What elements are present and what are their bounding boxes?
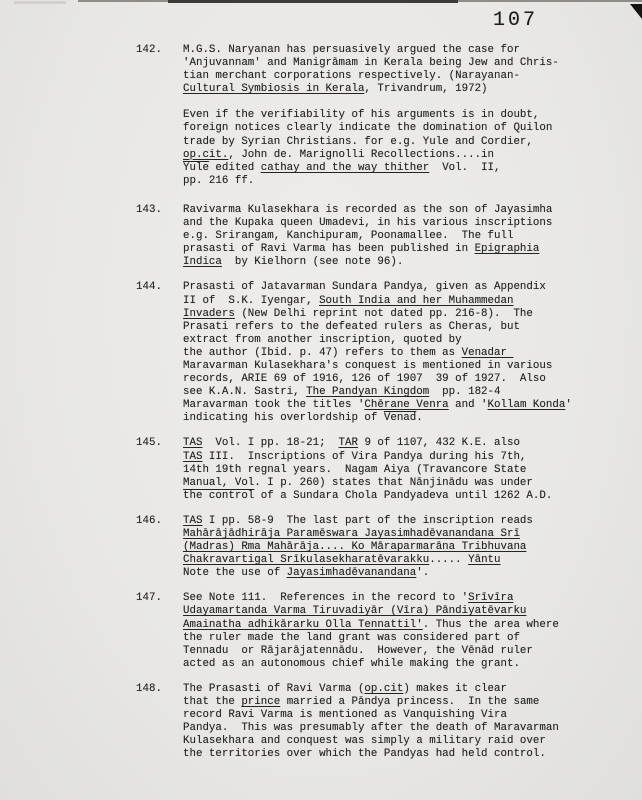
text-segment: 9 of 1107, 432 K.E. also [358,437,520,449]
text-segment: and ' [449,399,488,411]
underlined-text: Kollam Konda [488,399,566,411]
text-line: The Prasasti of Ravi Varma (op.cit) make… [183,683,613,696]
note-item: 144.Prasasti of Jatavarman Sundara Pandy… [136,281,613,425]
underlined-text: South India and her Muhammedan [319,295,513,307]
text-segment: III. Inscriptions of Vira Pandya during … [202,451,526,463]
underlined-text: Amainatha adhikārarku Olla Tennattil' [183,619,423,631]
text-segment: of a Sundara Chola Pandyadeva until 1262… [254,490,552,502]
text-segment: Prasati refers to the defeated rulers as… [183,321,520,333]
text-segment: by Kielhorn (see note 96). [222,256,403,268]
text-segment: Vol. II, [429,162,500,174]
text-line: Note the use of Jayasimhadēvanandana'. [183,567,613,580]
text-segment: . Thus the area where [423,619,559,631]
text-line: TAS I pp. 58-9 The last part of the insc… [183,515,613,528]
underlined-text: The Pandyan Kingdom [306,386,429,398]
note-paragraph: M.G.S. Naryanan has persuasively argued … [183,44,613,96]
text-line: e.g. Srirangam, Kanchipuram, Poonamallee… [183,230,613,243]
text-line: Even if the verifiability of his argumen… [183,109,613,122]
text-line: (Madras) Rma Mahārāja.... Ko Māraparmarā… [183,541,613,554]
scan-smudge-artifact [14,1,66,4]
note-body: TAS Vol. I pp. 18-21; TAR 9 of 1107, 432… [183,437,613,502]
notes-list: 142.M.G.S. Naryanan has persuasively arg… [136,44,613,774]
note-number: 147. [136,592,183,671]
text-segment: , Trivandrum, 1972) [364,83,487,95]
text-segment: record Ravi Varma is mentioned as Vanqui… [183,709,507,721]
underlined-text: Mahārājādhirāja Paramēswara Jayasimhadēv… [183,528,520,540]
text-segment: e.g. Srirangam, Kanchipuram, Poonamallee… [183,230,513,242]
note-body: See Note 111. References in the record t… [183,592,613,671]
note-item: 146.TAS I pp. 58-9 The last part of the … [136,515,613,580]
text-line: acted as an autonomous chief while makin… [183,658,613,671]
note-body: Prasasti of Jatavarman Sundara Pandya, g… [183,281,613,425]
underlined-text: Yāntu [468,554,500,566]
underlined-text: TAS [183,451,202,463]
text-segment: records, ARIE 69 of 1916, 126 of 1907 39… [183,373,546,385]
underlined-text: Jayasimhadēvanandana [287,567,417,579]
note-number: 142. [136,44,183,188]
note-item: 148.The Prasasti of Ravi Varma (op.cit) … [136,683,613,762]
text-line: TAS Vol. I pp. 18-21; TAR 9 of 1107, 432… [183,437,613,450]
note-number: 145. [136,437,183,502]
text-line: Pandya. This was presumably after the de… [183,722,613,735]
text-line: the ruler made the land grant was consid… [183,632,613,645]
text-segment: Note the use of [183,567,287,579]
text-line: Manual, Vol. I p. 260) states that Nānji… [183,477,613,490]
note-number: 143. [136,204,183,269]
note-number: 144. [136,281,183,425]
text-line: the control of a Sundara Chola Pandyadev… [183,490,613,503]
underlined-text: Cultural Symbiosis in Kerala [183,83,364,95]
text-line: Kulasekhara and conquest was simply a mi… [183,735,613,748]
text-line: Ravivarma Kulasekhara is recorded as the… [183,204,613,217]
underlined-text: cathay and the way thither [261,162,429,174]
text-line: and the Kupaka queen Umadevi, in his var… [183,217,613,230]
text-segment: tian merchant corporations respectively.… [183,70,520,82]
note-paragraph: TAS Vol. I pp. 18-21; TAR 9 of 1107, 432… [183,437,613,502]
text-segment: acted as an autonomous chief while makin… [183,658,520,670]
text-segment: Tennadu or Rājarājatennādu. However, the… [183,645,533,657]
text-segment: the territories over which the Pandyas h… [183,748,546,760]
text-segment: indicating his overlordship of [183,412,384,424]
text-line: the author (Ibid. p. 47) refers to them … [183,347,613,360]
text-line: TAS III. Inscriptions of Vira Pandya dur… [183,451,613,464]
text-line: Maravarman took the titles 'Chērane Venr… [183,399,613,412]
text-line: the territories over which the Pandyas h… [183,748,613,761]
underlined-text: TAS [183,437,202,449]
text-line: trade by Syrian Christians. for e.g. Yul… [183,136,613,149]
text-segment: edited [209,162,261,174]
text-segment: ' [565,399,571,411]
text-line: 14th 19th regnal years. Nagam Aiya (Trav… [183,464,613,477]
overlined-text: Yule [183,162,209,174]
underlined-text: TAS [183,515,202,527]
note-paragraph: Prasasti of Jatavarman Sundara Pandya, g… [183,281,613,425]
text-segment: the ruler made the land grant was consid… [183,632,520,644]
underlined-text: Udayamartanda Varma Tiruvadiyār (Vīra) P… [183,605,526,617]
note-body: M.G.S. Naryanan has persuasively argued … [183,44,613,188]
text-segment: Maravarman Kulasekhara's conquest is men… [183,360,552,372]
text-segment: married a Pāndya princess. In the same [280,696,539,708]
text-line: Amainatha adhikārarku Olla Tennattil'. T… [183,619,613,632]
text-line: records, ARIE 69 of 1916, 126 of 1907 39… [183,373,613,386]
underlined-text: Epigraphia [475,243,540,255]
text-segment: pp. 216 ff. [183,175,254,187]
underlined-text: Invaders [183,308,235,320]
text-segment: . [416,412,422,424]
note-item: 147.See Note 111. References in the reco… [136,592,613,671]
text-segment: '. [416,567,429,579]
text-segment: I pp. 58-9 The last part of the inscript… [202,515,532,527]
overlined-text: Venad [384,412,416,424]
text-line: Maravarman Kulasekhara's conquest is men… [183,360,613,373]
underlined-text: prince [241,696,280,708]
text-segment: The Prasasti of Ravi Varma ( [183,683,364,695]
text-line: Yule edited cathay and the way thither V… [183,162,613,175]
text-segment: (New Delhi reprint not dated pp. 216-8).… [235,308,533,320]
text-line: prasasti of Ravi Varma has been publishe… [183,243,613,256]
text-segment: 14th 19th regnal years. Nagam Aiya (Trav… [183,464,526,476]
text-segment: that the [183,696,241,708]
text-segment: ..... [429,554,468,566]
note-paragraph: The Prasasti of Ravi Varma (op.cit) make… [183,683,613,762]
text-segment: See Note 111. References in the record t… [183,592,468,604]
underlined-text: op.cit [364,683,403,695]
page-number: 107 [493,9,538,32]
note-item: 142.M.G.S. Naryanan has persuasively arg… [136,44,613,188]
text-line: Cultural Symbiosis in Kerala, Trivandrum… [183,83,613,96]
text-line: Mahārājādhirāja Paramēswara Jayasimhadēv… [183,528,613,541]
text-segment: ) makes it clear [403,683,507,695]
text-line: see K.A.N. Sastri, The Pandyan Kingdom p… [183,386,613,399]
overlined-text: the control [183,490,254,502]
note-number: 148. [136,683,183,762]
text-segment: Kulasekhara and conquest was simply a mi… [183,735,546,747]
text-line: Tennadu or Rājarājatennādu. However, the… [183,645,613,658]
note-body: Ravivarma Kulasekhara is recorded as the… [183,204,613,269]
note-number: 146. [136,515,183,580]
text-line: Invaders (New Delhi reprint not dated pp… [183,308,613,321]
text-segment: the author (Ibid. p. 47) refers to them … [183,347,462,359]
underlined-text: Indica [183,256,222,268]
text-segment: pp. 182-4 [429,386,500,398]
text-line: that the prince married a Pāndya princes… [183,696,613,709]
text-line: tian merchant corporations respectively.… [183,70,613,83]
scan-edge-artifact-dark [168,0,458,3]
text-line: record Ravi Varma is mentioned as Vanqui… [183,709,613,722]
text-segment: Ravivarma Kulasekhara is recorded as the… [183,204,552,216]
text-line: Prasasti of Jatavarman Sundara Pandya, g… [183,281,613,294]
text-segment: and the Kupaka queen Umadevi, in his var… [183,217,552,229]
text-segment: trade by Syrian Christians. for e.g. Yul… [183,136,533,148]
note-paragraph: Even if the verifiability of his argumen… [183,109,613,188]
note-paragraph: Ravivarma Kulasekhara is recorded as the… [183,204,613,269]
underlined-text: op.cit. [183,149,228,161]
text-segment: extract from another inscription, quoted… [183,334,462,346]
text-segment: see K.A.N. Sastri, [183,386,306,398]
text-segment: Even if the verifiability of his argumen… [183,109,539,121]
text-segment: 'Anjuvannam' and Manigrāmam in Kerala be… [183,57,559,69]
text-segment: Vol. I pp. 18-21; [202,437,338,449]
text-segment: , John de. Marignolli Recollections....i… [228,149,494,161]
text-segment: M.G.S. Naryanan has persuasively argued … [183,44,520,56]
underlined-text: Srīvīra [468,592,513,604]
note-body: The Prasasti of Ravi Varma (op.cit) make… [183,683,613,762]
text-segment: Prasasti of Jatavarman Sundara Pandya, g… [183,281,546,293]
text-line: indicating his overlordship of Venad. [183,412,613,425]
underlined-text: (Madras) Rma Mahārāja.... Ko Māraparmarā… [183,541,526,553]
underlined-text: Chakravartigal Srīkulasekharatēvarakku [183,554,429,566]
text-line: Chakravartigal Srīkulasekharatēvarakku..… [183,554,613,567]
note-body: TAS I pp. 58-9 The last part of the insc… [183,515,613,580]
note-item: 143.Ravivarma Kulasekhara is recorded as… [136,204,613,269]
text-segment: prasasti of Ravi Varma has been publishe… [183,243,475,255]
text-line: foreign notices clearly indicate the dom… [183,122,613,135]
text-segment: Manual, Vol. I p. 260) states that Nānji… [183,477,533,489]
text-line: 'Anjuvannam' and Manigrāmam in Kerala be… [183,57,613,70]
note-paragraph: TAS I pp. 58-9 The last part of the insc… [183,515,613,580]
note-paragraph: See Note 111. References in the record t… [183,592,613,671]
underlined-text: Chērane Venra [364,399,448,411]
text-line: Udayamartanda Varma Tiruvadiyār (Vīra) P… [183,605,613,618]
text-segment: II of S.K. Iyengar, [183,295,319,307]
text-line: Prasati refers to the defeated rulers as… [183,321,613,334]
underlined-text: Venadar [462,347,514,359]
text-line: M.G.S. Naryanan has persuasively argued … [183,44,613,57]
text-segment: Maravarman took the titles ' [183,399,364,411]
scanned-page: { "page": { "number": "107" }, "notes": … [0,0,642,800]
text-line: op.cit., John de. Marignolli Recollectio… [183,149,613,162]
text-line: Indica by Kielhorn (see note 96). [183,256,613,269]
note-item: 145.TAS Vol. I pp. 18-21; TAR 9 of 1107,… [136,437,613,502]
text-line: pp. 216 ff. [183,175,613,188]
page-corner-mark [630,4,642,19]
underlined-text: TAR [339,437,358,449]
text-segment: Pandya. This was presumably after the de… [183,722,559,734]
text-line: extract from another inscription, quoted… [183,334,613,347]
text-segment: foreign notices clearly indicate the dom… [183,122,552,134]
text-line: See Note 111. References in the record t… [183,592,613,605]
text-line: II of S.K. Iyengar, South India and her … [183,295,613,308]
